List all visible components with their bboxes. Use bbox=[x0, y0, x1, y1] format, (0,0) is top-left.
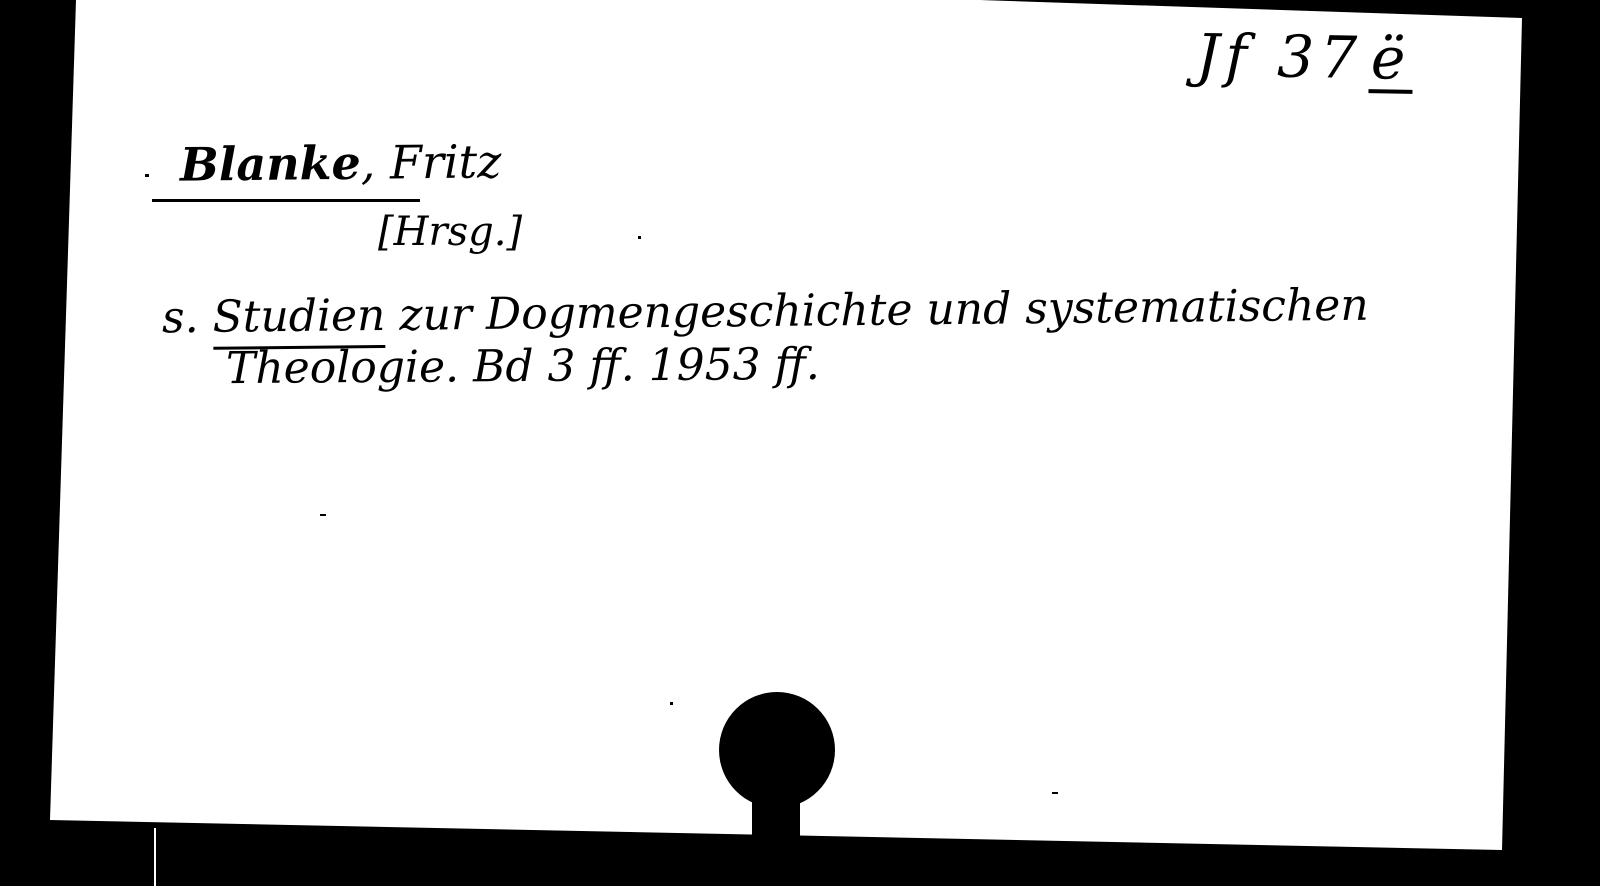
see-reference-line-1: s. Studien zur Dogmengeschichte und syst… bbox=[162, 284, 1369, 341]
year-info: 1953 ff. bbox=[649, 339, 820, 391]
call-number-suffix: ë bbox=[1368, 29, 1413, 94]
series-title-end: Theologie. bbox=[226, 341, 459, 394]
see-reference-line-2: Theologie. Bd 3 ff. 1953 ff. bbox=[226, 343, 820, 391]
speck bbox=[145, 174, 149, 177]
see-prefix: s. bbox=[162, 292, 199, 343]
call-number: Jf 37ë bbox=[1195, 26, 1413, 94]
scan-artifact-line bbox=[154, 828, 156, 886]
call-number-main: Jf 37 bbox=[1195, 21, 1363, 92]
speck bbox=[1052, 792, 1058, 794]
speck bbox=[320, 514, 326, 516]
series-title-rest: zur Dogmengeschichte und systematischen bbox=[399, 280, 1369, 341]
speck bbox=[638, 236, 641, 239]
catalog-card bbox=[0, 0, 1600, 886]
author-heading: Blanke, Fritz bbox=[180, 138, 502, 187]
heading-underline bbox=[152, 199, 420, 202]
volume-info: Bd 3 ff. bbox=[473, 340, 635, 392]
scan-canvas: Jf 37ë Blanke, Fritz [Hrsg.] s. Studien … bbox=[0, 0, 1600, 886]
author-separator: , bbox=[360, 136, 375, 190]
series-title-first-word: Studien bbox=[212, 290, 385, 350]
author-surname: Blanke bbox=[180, 140, 361, 188]
author-role: [Hrsg.] bbox=[378, 212, 522, 252]
author-forename: Fritz bbox=[390, 134, 502, 189]
speck bbox=[670, 702, 673, 705]
